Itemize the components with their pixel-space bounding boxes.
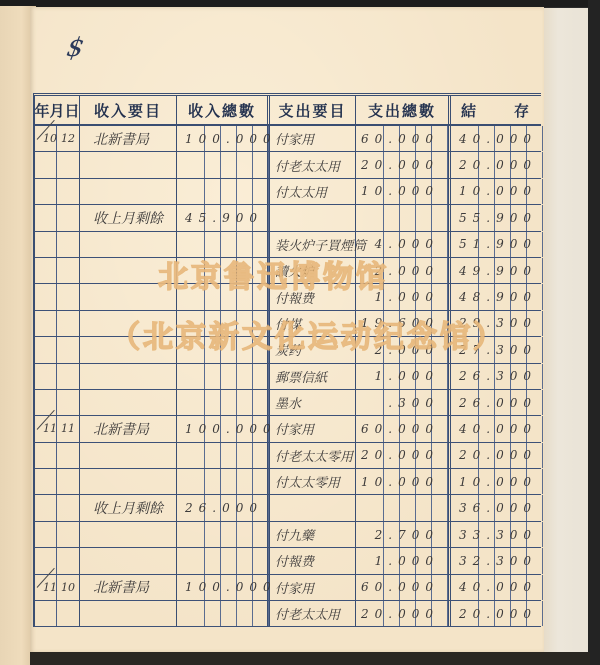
balance-value: 20.000: [459, 601, 537, 626]
grid-cell: [270, 205, 356, 230]
digit-gridline: [189, 390, 205, 415]
grid-cell: [57, 548, 80, 573]
grid-cell: [80, 337, 177, 362]
book-spine: [588, 0, 600, 665]
balance-value: 51.900: [459, 232, 537, 257]
header-balance: 結 存: [451, 96, 543, 124]
digit-gridline: [237, 390, 253, 415]
expense-item: 付煤: [275, 311, 301, 336]
digit-gridline: [253, 232, 269, 257]
digit-gridline: [205, 284, 221, 309]
grid-cell: [80, 152, 177, 177]
digit-gridline: [221, 522, 237, 547]
grid-cell: [35, 311, 57, 336]
digit-gridline: [205, 232, 221, 257]
digit-gridline: [221, 152, 237, 177]
digit-gridline: [221, 469, 237, 494]
digit-gridline: [205, 601, 221, 626]
income-total: 100.000: [185, 126, 277, 151]
grid-cell: [35, 179, 57, 204]
expense-item: 付家用: [275, 416, 314, 441]
grid-cell: [57, 364, 80, 389]
book-bottom-edge: [30, 652, 590, 665]
income-total: 100.000: [185, 575, 277, 600]
digit-gridline: [189, 522, 205, 547]
header-balance-right: 存: [514, 100, 529, 121]
digit-gridline: [253, 152, 269, 177]
digit-gridline: [221, 258, 237, 283]
expense-item: 付太太零用: [275, 469, 340, 494]
income-item: 收上月剩餘: [93, 205, 163, 230]
entry-day: 10: [61, 575, 75, 600]
digit-gridline: [237, 152, 253, 177]
digit-gridline: [253, 469, 269, 494]
balance-value: 20.000: [459, 443, 537, 468]
right-page-strip: [544, 8, 590, 656]
digit-gridline: [253, 337, 269, 362]
ledger-row: 付報费1.00048.900: [33, 284, 541, 310]
digit-gridline: [384, 495, 400, 520]
ledger-row: 讀火炉2.00049.900: [33, 258, 541, 284]
ledger-rows: 1012北新書局100.000付家用60.00040.000付老太太用20.00…: [33, 126, 541, 627]
expense-total: 60.000: [361, 416, 439, 441]
grid-cell: [57, 443, 80, 468]
balance-value: 10.000: [459, 469, 537, 494]
digit-gridline: [237, 337, 253, 362]
grid-cell: [80, 179, 177, 204]
expense-item: 付太太用: [275, 179, 327, 204]
expense-item: 付老太太用: [275, 152, 340, 177]
entry-month: 11: [43, 416, 57, 441]
ledger-table: 年月日 收入要目 收入總數 支出要目 支出總數 結 存 1012北新書局100.…: [33, 93, 541, 627]
digit-gridline: [237, 522, 253, 547]
balance-value: 48.900: [459, 284, 537, 309]
balance-value: 40.000: [459, 416, 537, 441]
ledger-row: 1110北新書局100.000付家用60.00040.000: [33, 575, 541, 601]
grid-cell: [35, 522, 57, 547]
ledger-row: 付老太太用20.00020.000: [33, 152, 541, 178]
ledger-scan: $ 年月日 收入要目 收入總數 支出要目 支出總數 結 存 1012北新書局10…: [0, 0, 600, 665]
digit-gridline: [253, 601, 269, 626]
digit-gridline: [221, 364, 237, 389]
digit-gridline: [237, 601, 253, 626]
grid-cell: [57, 469, 80, 494]
expense-item: 付老太太零用: [275, 443, 353, 468]
expense-total: 1.000: [375, 284, 439, 309]
expense-total: 2.000: [375, 337, 439, 362]
digit-gridline: [189, 364, 205, 389]
income-total: 45.900: [185, 205, 263, 230]
digit-gridline: [221, 311, 237, 336]
digit-gridline: [368, 495, 384, 520]
expense-total: 10.000: [361, 179, 439, 204]
digit-gridline: [253, 179, 269, 204]
expense-item: 墨水: [275, 390, 301, 415]
ledger-row: 付報费1.00032.300: [33, 548, 541, 574]
income-item: 北新書局: [93, 575, 149, 600]
grid-cell: [57, 337, 80, 362]
grid-cell: [35, 284, 57, 309]
income-item: 收上月剩餘: [93, 495, 163, 520]
digit-gridline: [221, 179, 237, 204]
grid-cell: [35, 258, 57, 283]
digit-gridline: [189, 601, 205, 626]
grid-cell: [35, 232, 57, 257]
grid-cell: [80, 548, 177, 573]
digit-gridline: [205, 548, 221, 573]
grid-cell: [35, 364, 57, 389]
grid-cell: [80, 232, 177, 257]
balance-value: 33.300: [459, 522, 537, 547]
header-balance-left: 結: [461, 100, 476, 121]
expense-total: 1.000: [375, 548, 439, 573]
digit-gridline: [400, 495, 416, 520]
digit-gridline: [189, 469, 205, 494]
digit-gridline: [205, 179, 221, 204]
grid-cell: [80, 311, 177, 336]
digit-gridline: [189, 311, 205, 336]
entry-day: 11: [61, 416, 75, 441]
header-date: 年月日: [35, 96, 80, 124]
digit-gridline: [221, 284, 237, 309]
grid-cell: [35, 548, 57, 573]
digit-gridline: [416, 495, 432, 520]
digit-gridline: [221, 443, 237, 468]
digit-gridline: [189, 284, 205, 309]
digit-gridline: [253, 311, 269, 336]
expense-item: 付報费: [275, 284, 314, 309]
entry-month: 10: [43, 126, 57, 151]
expense-total: 1.000: [375, 364, 439, 389]
grid-cell: [80, 390, 177, 415]
balance-value: 20.000: [459, 152, 537, 177]
ledger-row: 收上月剩餘45.90055.900: [33, 205, 541, 231]
digit-gridline: [253, 522, 269, 547]
digit-gridline: [416, 205, 432, 230]
digit-gridline: [221, 390, 237, 415]
digit-gridline: [205, 311, 221, 336]
grid-cell: [35, 337, 57, 362]
grid-cell: [57, 205, 80, 230]
balance-value: 40.000: [459, 575, 537, 600]
expense-total: .300: [388, 390, 439, 415]
ledger-row: 付老太太用20.00020.000: [33, 601, 541, 627]
grid-cell: [35, 443, 57, 468]
expense-total: 2.000: [375, 258, 439, 283]
ledger-row: 付老太太零用20.00020.000: [33, 443, 541, 469]
digit-gridline: [253, 284, 269, 309]
grid-cell: [80, 601, 177, 626]
digit-gridline: [432, 205, 448, 230]
expense-item: 付九藥: [275, 522, 314, 547]
digit-gridline: [400, 205, 416, 230]
balance-value: 10.000: [459, 179, 537, 204]
digit-gridline: [221, 337, 237, 362]
grid-cell: [80, 522, 177, 547]
digit-gridline: [253, 258, 269, 283]
digit-gridline: [205, 152, 221, 177]
digit-gridline: [205, 337, 221, 362]
digit-gridline: [237, 284, 253, 309]
balance-value: 26.300: [459, 364, 537, 389]
ledger-row: 1012北新書局100.000付家用60.00040.000: [33, 126, 541, 152]
header-expense-total: 支出總數: [356, 96, 451, 124]
balance-value: 40.000: [459, 126, 537, 151]
grid-cell: [35, 495, 57, 520]
grid-cell: [80, 469, 177, 494]
ledger-row: 装火炉子買煙筒4.00051.900: [33, 232, 541, 258]
digit-gridline: [205, 364, 221, 389]
ledger-row: 付太太用10.00010.000: [33, 179, 541, 205]
expense-total: 60.000: [361, 126, 439, 151]
expense-total: 20.000: [361, 152, 439, 177]
digit-gridline: [189, 179, 205, 204]
book-top-edge: [0, 0, 600, 7]
income-total: 100.000: [185, 416, 277, 441]
grid-cell: [80, 443, 177, 468]
ledger-row: 墨水.30026.000: [33, 390, 541, 416]
digit-gridline: [205, 258, 221, 283]
balance-value: 55.900: [459, 205, 537, 230]
balance-value: 26.000: [459, 390, 537, 415]
expense-item: 付家用: [275, 575, 314, 600]
digit-gridline: [205, 469, 221, 494]
header-expense-item: 支出要目: [270, 96, 356, 124]
digit-gridline: [189, 548, 205, 573]
digit-gridline: [189, 443, 205, 468]
digit-gridline: [384, 205, 400, 230]
expense-item: 郵票信紙: [275, 364, 327, 389]
header-income-total: 收入總數: [177, 96, 270, 124]
digit-gridline: [237, 364, 253, 389]
ledger-row: 付九藥2.70033.300: [33, 522, 541, 548]
income-item: 北新書局: [93, 416, 149, 441]
expense-item: 装火炉子買煙筒: [275, 232, 366, 257]
ledger-row: 付太太零用10.00010.000: [33, 469, 541, 495]
expense-total: 60.000: [361, 575, 439, 600]
digit-gridline: [253, 548, 269, 573]
digit-gridline: [237, 311, 253, 336]
ledger-header-row: 年月日 收入要目 收入總數 支出要目 支出總數 結 存: [33, 93, 541, 126]
grid-cell: [80, 364, 177, 389]
ledger-row: 收上月剩餘26.00036.000: [33, 495, 541, 521]
digit-gridline: [221, 232, 237, 257]
digit-gridline: [253, 390, 269, 415]
digit-gridline: [368, 390, 384, 415]
grid-cell: [35, 152, 57, 177]
digit-gridline: [237, 232, 253, 257]
grid-cell: [57, 495, 80, 520]
expense-total: 20.000: [361, 443, 439, 468]
grid-cell: [35, 469, 57, 494]
entry-day: 12: [61, 126, 75, 151]
grid-cell: [57, 179, 80, 204]
digit-gridline: [189, 258, 205, 283]
expense-item: 付家用: [275, 126, 314, 151]
grid-cell: [80, 284, 177, 309]
digit-gridline: [237, 258, 253, 283]
balance-value: 32.300: [459, 548, 537, 573]
digit-gridline: [253, 443, 269, 468]
digit-gridline: [189, 152, 205, 177]
grid-cell: [80, 258, 177, 283]
digit-gridline: [189, 232, 205, 257]
grid-cell: [57, 601, 80, 626]
digit-gridline: [368, 205, 384, 230]
expense-item: 付老太太用: [275, 601, 340, 626]
digit-gridline: [205, 390, 221, 415]
grid-cell: [57, 311, 80, 336]
grid-cell: [57, 522, 80, 547]
expense-total: 10.000: [361, 469, 439, 494]
grid-cell: [57, 258, 80, 283]
expense-total: 2.700: [375, 522, 439, 547]
digit-gridline: [205, 522, 221, 547]
grid-cell: [270, 495, 356, 520]
expense-item: 炭药: [275, 337, 301, 362]
balance-value: 49.900: [459, 258, 537, 283]
balance-value: 29.300: [459, 311, 537, 336]
expense-total: 19.600: [361, 311, 439, 336]
ledger-row: 炭药2.00027.300: [33, 337, 541, 363]
header-income-item: 收入要目: [80, 96, 177, 124]
digit-gridline: [432, 495, 448, 520]
balance-value: 27.300: [459, 337, 537, 362]
ledger-row: 付煤19.60029.300: [33, 311, 541, 337]
ledger-row: 1111北新書局100.000付家用60.00040.000: [33, 416, 541, 442]
entry-month: 11: [43, 575, 57, 600]
income-total: 26.000: [185, 495, 263, 520]
digit-gridline: [237, 443, 253, 468]
grid-cell: [57, 284, 80, 309]
grid-cell: [57, 232, 80, 257]
grid-cell: [57, 390, 80, 415]
digit-gridline: [205, 443, 221, 468]
digit-gridline: [221, 548, 237, 573]
expense-item: 讀火炉: [275, 258, 314, 283]
digit-gridline: [221, 601, 237, 626]
digit-gridline: [253, 364, 269, 389]
grid-cell: [57, 152, 80, 177]
digit-gridline: [237, 469, 253, 494]
ledger-row: 郵票信紙1.00026.300: [33, 364, 541, 390]
expense-total: 4.000: [375, 232, 439, 257]
income-item: 北新書局: [93, 126, 149, 151]
balance-value: 36.000: [459, 495, 537, 520]
expense-total: 20.000: [361, 601, 439, 626]
expense-item: 付報费: [275, 548, 314, 573]
digit-gridline: [189, 337, 205, 362]
grid-cell: [35, 205, 57, 230]
digit-gridline: [237, 548, 253, 573]
digit-gridline: [237, 179, 253, 204]
grid-cell: [35, 601, 57, 626]
